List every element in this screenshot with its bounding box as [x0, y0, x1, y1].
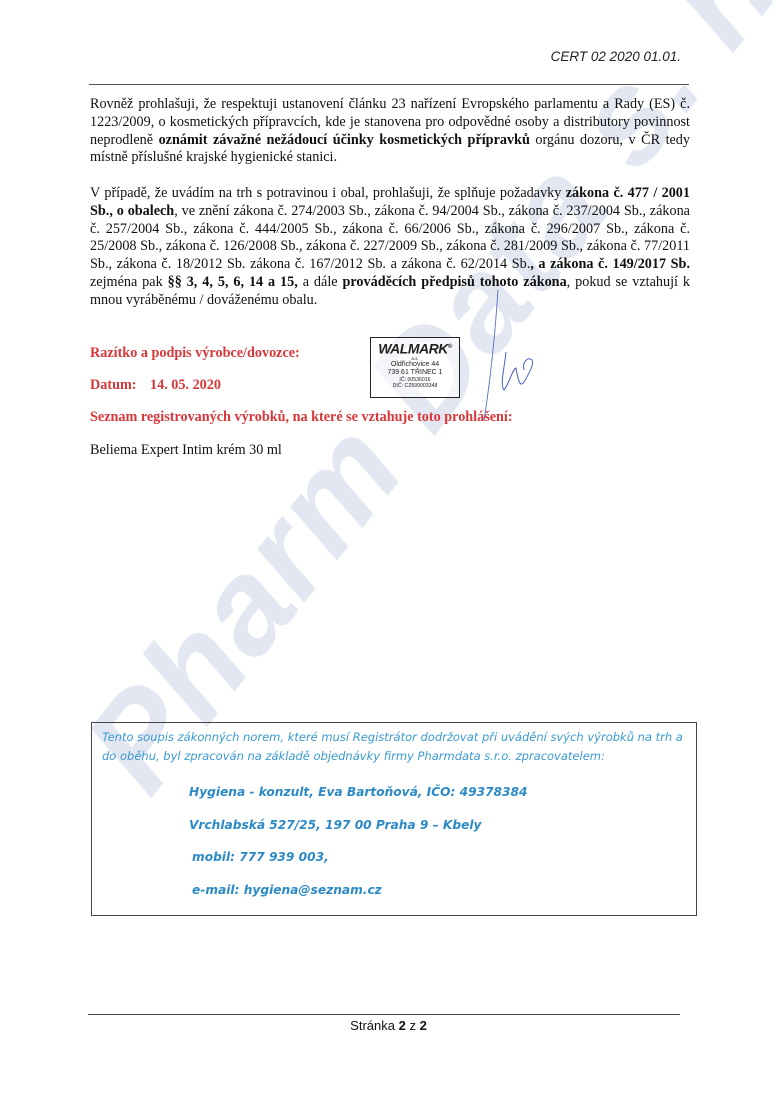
processor-email: e-mail: hygiena@seznam.cz — [192, 883, 382, 897]
stamp-city: 739 61 TŘINEC 1 — [371, 369, 459, 377]
document-code: CERT 02 2020 01.01. — [551, 49, 681, 64]
processor-mobile: mobil: 777 939 003, — [192, 850, 329, 864]
bold-run: §§ 3, 4, 5, 6, 14 a 15, — [168, 274, 298, 290]
stamp-brand-name: WALMARK — [378, 341, 448, 357]
footer-divider — [88, 1014, 680, 1015]
paragraph-packaging-law: V případě, že uvádím na trh s potravinou… — [90, 185, 690, 310]
processor-info-box: Tento soupis zákonných norem, které musí… — [91, 722, 697, 916]
registered-mark: ® — [448, 344, 452, 350]
processor-address: Vrchlabská 527/25, 197 00 Praha 9 – Kbel… — [189, 818, 481, 832]
handwritten-signature — [470, 290, 550, 440]
date-value: 14. 05. 2020 — [150, 377, 221, 393]
page-separator: z — [409, 1018, 416, 1033]
document-page: CERT 02 2020 01.01. Rovněž prohlašuji, ž… — [0, 0, 777, 1100]
company-stamp: WALMARK® a.s. Oldřichovice 44 739 61 TŘI… — [370, 337, 460, 398]
product-item: Beliema Expert Intim krém 30 ml — [90, 442, 282, 459]
bold-run: oznámit závažné nežádoucí účinky kosmeti… — [159, 132, 530, 148]
page-label: Stránka — [350, 1018, 395, 1033]
date-label: Datum: — [90, 377, 150, 394]
text-run: zejména pak — [90, 274, 168, 290]
processor-company: Hygiena - konzult, Eva Bartoňová, IČO: 4… — [189, 785, 527, 799]
current-page: 2 — [399, 1018, 406, 1033]
page-number: Stránka 2 z 2 — [0, 1018, 777, 1033]
stamp-signature-label: Razítko a podpis výrobce/dovozce: — [90, 345, 300, 362]
text-run: a dále — [298, 274, 343, 290]
stamp-brand: WALMARK® — [371, 340, 459, 356]
paragraph-cosmetics-regulation: Rovněž prohlašuji, že respektuji ustanov… — [90, 96, 690, 167]
bold-run: , a zákona č. 149/2017 Sb. — [530, 256, 690, 272]
stamp-street: Oldřichovice 44 — [371, 361, 459, 369]
info-box-intro: Tento soupis zákonných norem, které musí… — [102, 728, 692, 766]
product-list-heading: Seznam registrovaných výrobků, na které … — [90, 409, 513, 426]
text-run: V případě, že uvádím na trh s potravinou… — [90, 185, 566, 201]
bold-run: prováděcích předpisů tohoto zákona — [342, 274, 566, 290]
date-line: Datum:14. 05. 2020 — [90, 377, 221, 394]
total-pages: 2 — [420, 1018, 427, 1033]
header-divider — [89, 84, 689, 85]
stamp-dic: DIČ: CZ699003348 — [371, 383, 459, 389]
